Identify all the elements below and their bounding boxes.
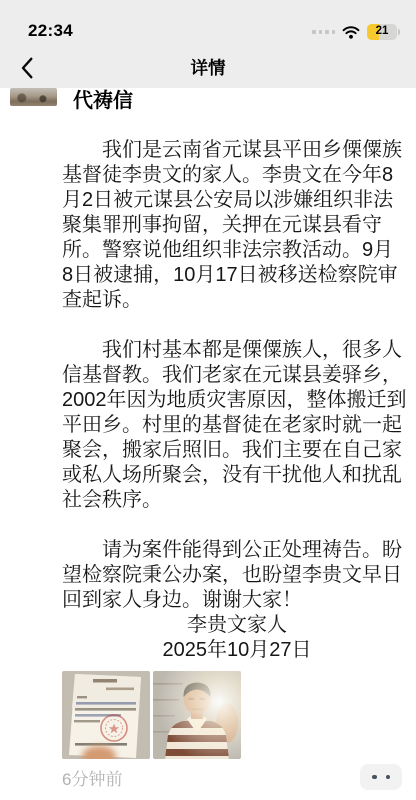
- battery-icon: 21: [367, 24, 400, 40]
- post-title: 代祷信: [73, 88, 133, 114]
- two-dots-icon: [372, 775, 390, 780]
- page-title: 详情: [0, 55, 416, 80]
- post-detail: 代祷信 我们是云南省元谋县平田乡傈僳族基督徒李贵文的家人。李贵文在今年8月2日被…: [0, 88, 416, 790]
- attachment-portrait-photo[interactable]: [153, 671, 241, 759]
- attachment-document-photo[interactable]: [62, 671, 150, 759]
- more-button[interactable]: [360, 764, 402, 790]
- post-signature: 李贵文家人: [62, 613, 412, 638]
- battery-percent: 21: [376, 26, 389, 38]
- post-footer: 6分钟前: [62, 764, 402, 790]
- post-header: 代祷信: [0, 88, 416, 114]
- post-date: 2025年10月27日: [62, 638, 412, 663]
- post-paragraph: 请为案件能得到公正处理祷告。盼望检察院秉公办案，也盼望李贵文早日回到家人身边。谢…: [62, 538, 412, 613]
- attachment-row: [62, 671, 416, 759]
- nav-bar: 详情: [0, 47, 416, 88]
- post-body: 我们是云南省元谋县平田乡傈僳族基督徒李贵文的家人。李贵文在今年8月2日被元谋县公…: [62, 138, 412, 663]
- avatar[interactable]: [10, 88, 57, 106]
- phone-screen: 22:34 21: [0, 0, 416, 800]
- wifi-icon: [342, 25, 360, 39]
- status-bar: 22:34 21: [0, 0, 416, 47]
- post-paragraph: 我们是云南省元谋县平田乡傈僳族基督徒李贵文的家人。李贵文在今年8月2日被元谋县公…: [62, 138, 412, 313]
- post-paragraph: 我们村基本都是傈僳族人，很多人信基督教。我们老家在元谋县姜驿乡，2002年因为地…: [62, 338, 412, 513]
- cellular-signal-icon: [312, 30, 335, 34]
- status-icons: 21: [312, 24, 400, 43]
- status-time: 22:34: [28, 21, 73, 43]
- post-timestamp: 6分钟前: [62, 765, 122, 790]
